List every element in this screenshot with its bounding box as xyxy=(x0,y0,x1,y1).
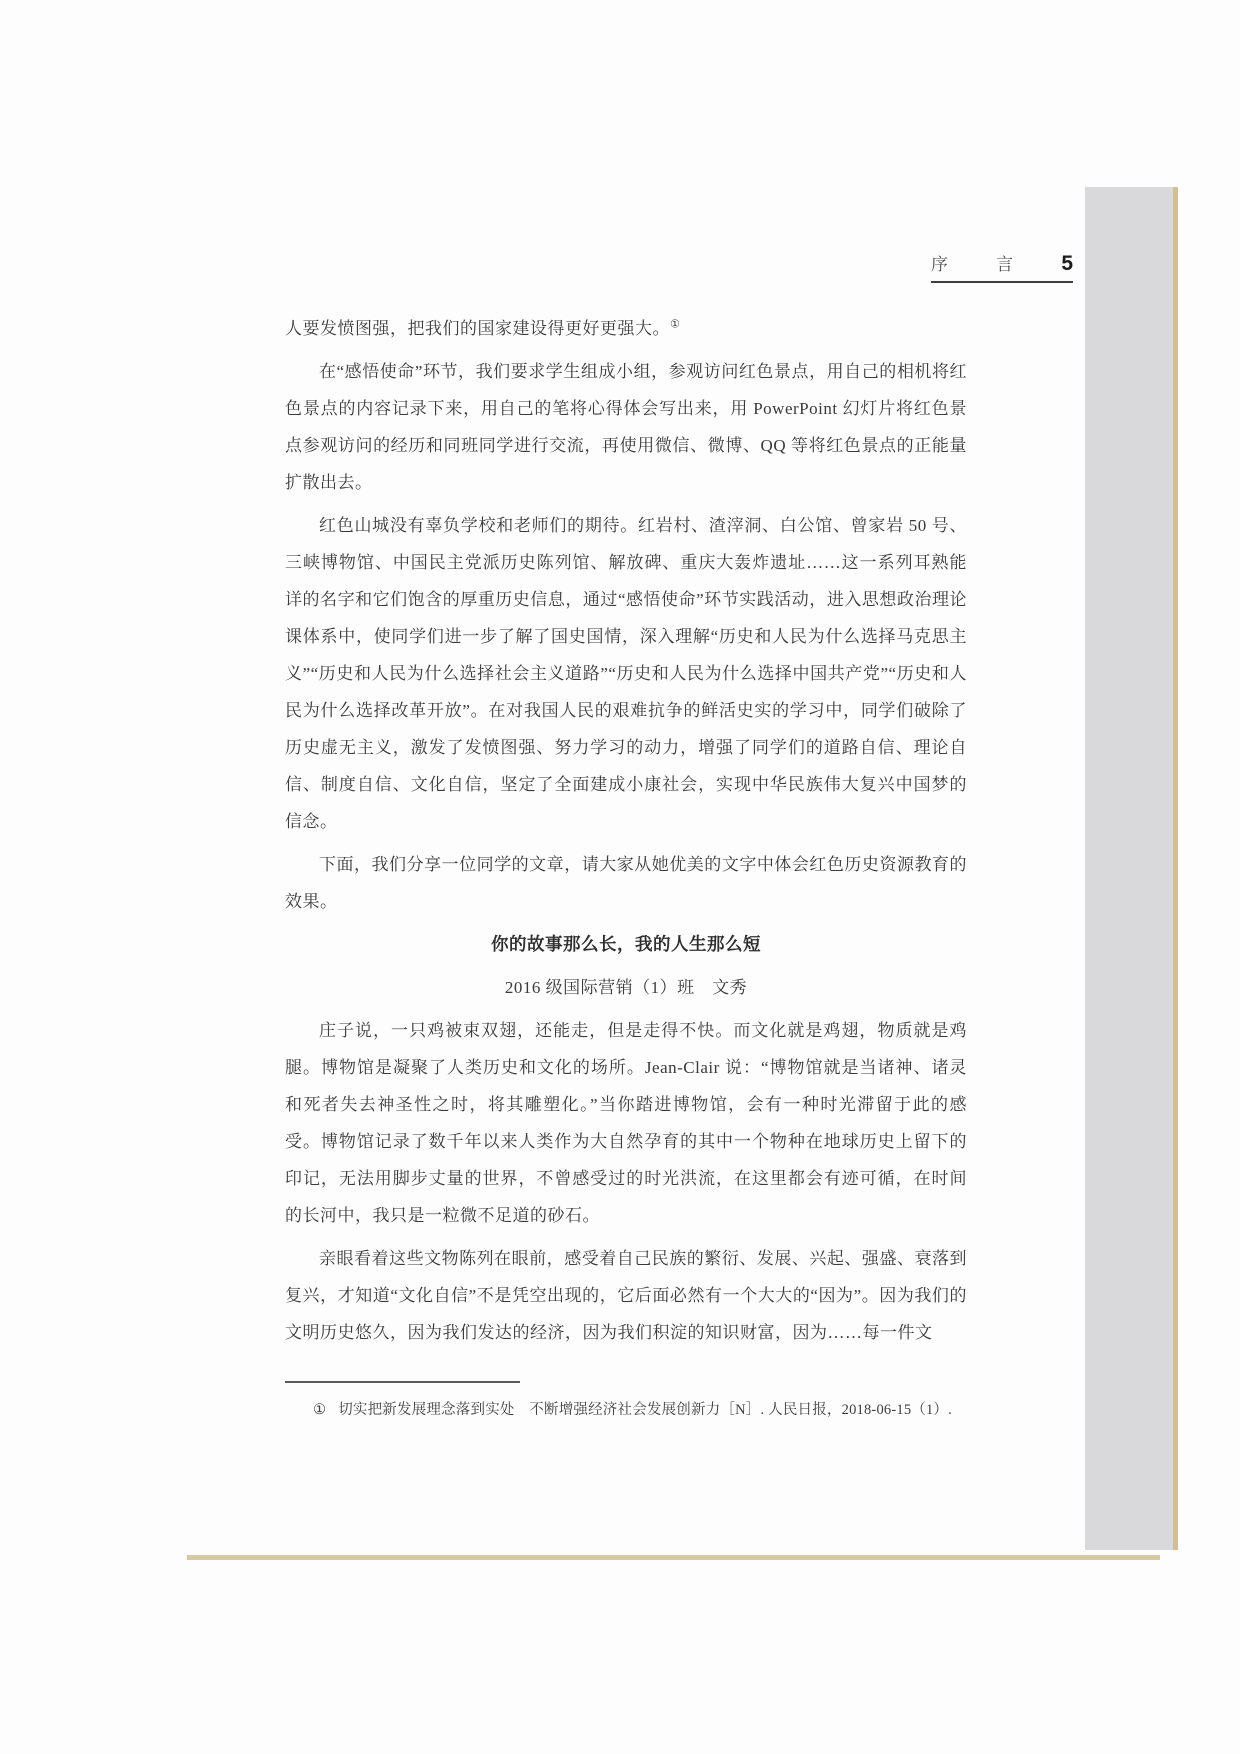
footnote: ①切实把新发展理念落到实处 不断增强经济社会发展创新力［N］. 人民日报，201… xyxy=(285,1399,967,1422)
running-head: 序 言 5 xyxy=(931,250,1073,283)
footnote-separator xyxy=(285,1381,520,1383)
next-page-edge xyxy=(1085,187,1173,1550)
essay-paragraph: 庄子说，一只鸡被束双翅，还能走，但是走得不快。而文化就是鸡翅，物质就是鸡腿。博物… xyxy=(285,1012,967,1234)
page-body: 人要发愤图强，把我们的国家建设得更好更强大。① 在“感悟使命”环节，我们要求学生… xyxy=(285,310,967,1422)
essay-byline: 2016 级国际营销（1）班 文秀 xyxy=(285,969,967,1006)
section-title-char: 言 xyxy=(996,250,1013,275)
section-title-char: 序 xyxy=(931,250,948,275)
footnote-ref: ① xyxy=(670,318,680,330)
paragraph: 下面，我们分享一位同学的文章，请大家从她优美的文字中体会红色历史资源教育的效果。 xyxy=(285,846,967,920)
footnote-text: 切实把新发展理念落到实处 不断增强经济社会发展创新力［N］. 人民日报，2018… xyxy=(338,1402,952,1418)
paragraph-continuation: 人要发愤图强，把我们的国家建设得更好更强大。① xyxy=(285,310,967,347)
next-page-edge-border xyxy=(1173,187,1178,1550)
paragraph: 在“感悟使命”环节，我们要求学生组成小组，参观访问红色景点，用自己的相机将红色景… xyxy=(285,353,967,501)
essay-title: 你的故事那么长，我的人生那么短 xyxy=(285,926,967,963)
page-bottom-rule xyxy=(187,1555,1160,1560)
page-number: 5 xyxy=(1061,252,1073,276)
footnote-marker: ① xyxy=(313,1402,326,1418)
paragraph: 红色山城没有辜负学校和老师们的期待。红岩村、渣滓洞、白公馆、曾家岩 50 号、三… xyxy=(285,507,967,840)
essay-paragraph: 亲眼看着这些文物陈列在眼前，感受着自己民族的繁衍、发展、兴起、强盛、衰落到复兴，… xyxy=(285,1240,967,1351)
paragraph-text: 人要发愤图强，把我们的国家建设得更好更强大。 xyxy=(285,319,670,338)
